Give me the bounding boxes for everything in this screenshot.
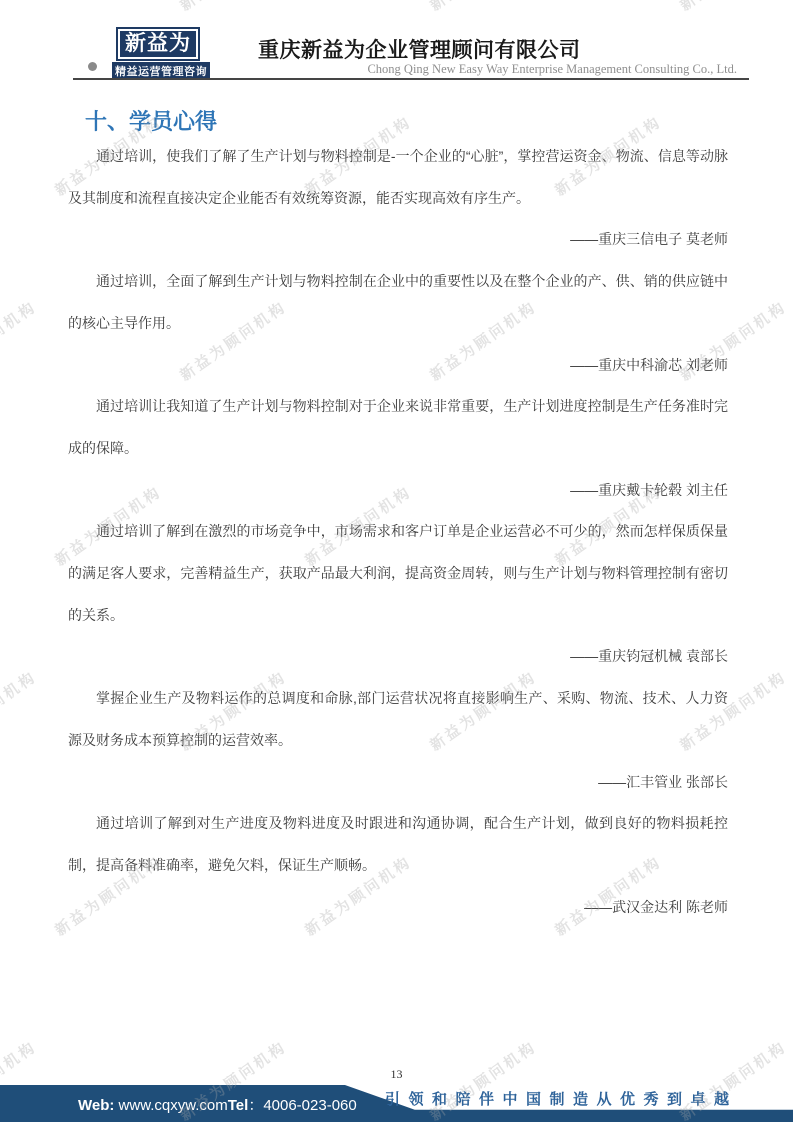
section-title: 十、学员心得 <box>85 105 217 136</box>
footer-contact: Web: www.cqxyw.comTel：4006-023-060 <box>78 1094 357 1115</box>
testimonials-body: 通过培训，使我们了解了生产计划与物料控制是-一个企业的“心脏”，掌控营运资金、物… <box>68 136 728 928</box>
testimonial-text: 掌握企业生产及物料运作的总调度和命脉,部门运营状况将直接影响生产、采购、物流、技… <box>68 678 728 761</box>
testimonial-attribution: ——汇丰管业 张部长 <box>68 762 728 804</box>
bullet-dot-icon <box>88 62 97 71</box>
testimonial-attribution: ——重庆中科渝芯 刘老师 <box>68 345 728 387</box>
web-label: Web: <box>78 1097 114 1114</box>
company-name-en: Chong Qing New Easy Way Enterprise Manag… <box>367 62 737 77</box>
testimonial-text: 通过培训，全面了解到生产计划与物料控制在企业中的重要性以及在整个企业的产、供、销… <box>68 261 728 344</box>
web-value: www.cqxyw.com <box>114 1097 227 1114</box>
testimonial-attribution: ——重庆戴卡轮毂 刘主任 <box>68 470 728 512</box>
watermark-text: 新益为顾问机构 <box>675 0 790 15</box>
testimonial-attribution: ——武汉金达利 陈老师 <box>68 887 728 929</box>
watermark-text: 新益为顾问机构 <box>425 0 540 15</box>
testimonial-text: 通过培训了解到在激烈的市场竞争中，市场需求和客户订单是企业运营必不可少的，然而怎… <box>68 511 728 636</box>
header-divider <box>73 78 749 80</box>
watermark-text: 新益为顾问机构 <box>0 0 41 15</box>
testimonial-text: 通过培训，使我们了解了生产计划与物料控制是-一个企业的“心脏”，掌控营运资金、物… <box>68 136 728 219</box>
company-logo: 新益为 <box>116 27 200 61</box>
watermark-text: 新益为顾问机构 <box>0 296 41 385</box>
watermark-text: 新益为顾问机构 <box>175 0 290 15</box>
watermark-text: 新益为顾问机构 <box>0 666 41 755</box>
page-number: 13 <box>0 1067 793 1082</box>
logo-brand-text: 新益为 <box>118 29 198 59</box>
company-name-cn: 重庆新益为企业管理顾问有限公司 <box>258 34 581 64</box>
testimonial-attribution: ——重庆三信电子 莫老师 <box>68 219 728 261</box>
document-page: 新益为 精益运营管理咨询 重庆新益为企业管理顾问有限公司 Chong Qing … <box>0 0 793 1122</box>
tel-value: ：4006-023-060 <box>248 1097 356 1114</box>
footer-slogan: 引领和陪伴中国制造从优秀到卓越 <box>385 1088 745 1109</box>
testimonial-text: 通过培训了解到对生产进度及物料进度及时跟进和沟通协调，配合生产计划，做到良好的物… <box>68 803 728 886</box>
testimonial-attribution: ——重庆钧冠机械 袁部长 <box>68 636 728 678</box>
tel-label: Tel <box>228 1097 249 1114</box>
testimonial-text: 通过培训让我知道了生产计划与物料控制对于企业来说非常重要，生产计划进度控制是生产… <box>68 386 728 469</box>
